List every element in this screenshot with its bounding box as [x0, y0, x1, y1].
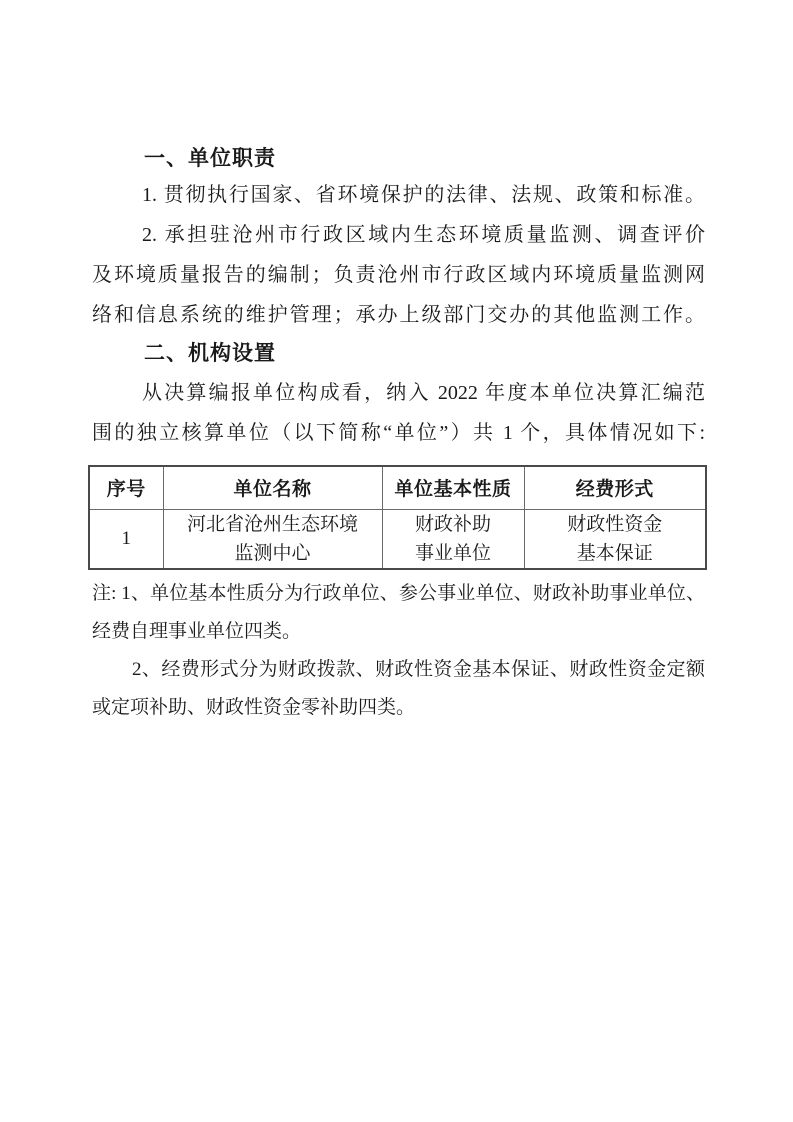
section-2-paragraph-line-2: 围的独立核算单位（以下简称“单位”）共 1 个，具体情况如下: — [92, 413, 705, 453]
cell-unit-name: 河北省沧州生态环境 监测中心 — [163, 509, 382, 569]
table-header-row: 序号 单位名称 单位基本性质 经费形式 — [89, 466, 706, 509]
note-1-line-2: 经费自理事业单位四类。 — [92, 613, 705, 651]
document-page: 一、单位职责 1. 贯彻执行国家、省环境保护的法律、法规、政策和标准。 2. 承… — [0, 0, 793, 1122]
col-header-seq: 序号 — [89, 466, 163, 509]
cell-funding-form-line-1: 财政性资金 — [525, 510, 706, 539]
table-notes: 注: 1、单位基本性质分为行政单位、参公事业单位、财政补助事业单位、 经费自理事… — [92, 575, 705, 727]
section-2-heading: 二、机构设置 — [92, 341, 705, 367]
cell-unit-nature-line-2: 事业单位 — [383, 539, 524, 568]
col-header-funding-form: 经费形式 — [524, 466, 706, 509]
section-1-heading: 一、单位职责 — [92, 146, 705, 172]
cell-unit-name-line-1: 河北省沧州生态环境 — [164, 510, 382, 539]
section-2-paragraph-line-1: 从决算编报单位构成看，纳入 2022 年度本单位决算汇编范 — [92, 373, 705, 413]
section-1-paragraph-1-line-1: 1. 贯彻执行国家、省环境保护的法律、法规、政策和标准。 — [92, 175, 705, 215]
section-1-paragraph-2-line-1: 2. 承担驻沧州市行政区域内生态环境质量监测、调查评价 — [92, 215, 705, 255]
cell-unit-nature-line-1: 财政补助 — [383, 510, 524, 539]
org-units-table: 序号 单位名称 单位基本性质 经费形式 1 河北省沧州生态环境 监测中心 财政补… — [88, 465, 707, 570]
table-row: 1 河北省沧州生态环境 监测中心 财政补助 事业单位 财政性资金 基本保证 — [89, 509, 706, 569]
cell-unit-nature: 财政补助 事业单位 — [382, 509, 524, 569]
document-content: 一、单位职责 1. 贯彻执行国家、省环境保护的法律、法规、政策和标准。 2. 承… — [92, 146, 705, 727]
cell-funding-form: 财政性资金 基本保证 — [524, 509, 706, 569]
cell-unit-name-line-2: 监测中心 — [164, 539, 382, 568]
note-1-line-1: 注: 1、单位基本性质分为行政单位、参公事业单位、财政补助事业单位、 — [92, 575, 705, 613]
col-header-unit-name: 单位名称 — [163, 466, 382, 509]
section-1-paragraph-2-line-3: 络和信息系统的维护管理；承办上级部门交办的其他监测工作。 — [92, 295, 705, 335]
cell-seq: 1 — [89, 509, 163, 569]
col-header-unit-nature: 单位基本性质 — [382, 466, 524, 509]
note-2-line-2: 或定项补助、财政性资金零补助四类。 — [92, 689, 705, 727]
cell-funding-form-line-2: 基本保证 — [525, 539, 706, 568]
note-2-line-1: 2、经费形式分为财政拨款、财政性资金基本保证、财政性资金定额 — [92, 651, 705, 689]
section-1-paragraph-2-line-2: 及环境质量报告的编制；负责沧州市行政区域内环境质量监测网 — [92, 255, 705, 295]
